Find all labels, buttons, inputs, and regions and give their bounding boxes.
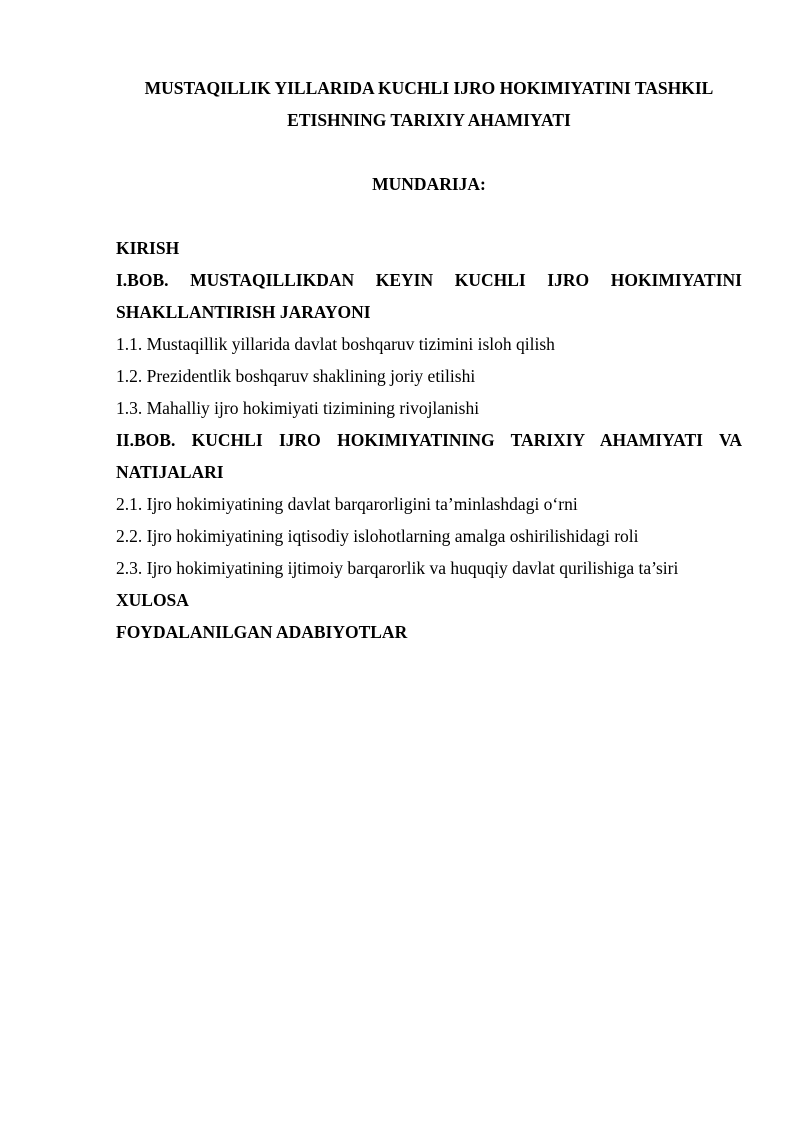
title-line: ETISHNING TARIXIY AHAMIYATI: [116, 104, 742, 136]
document-title: MUSTAQILLIK YILLARIDA KUCHLI IJRO HOKIMI…: [116, 72, 742, 136]
toc-entry-section-1-2: 1.2. Prezidentlik boshqaruv shaklining j…: [116, 360, 742, 392]
toc-entry-section-1-3: 1.3. Mahalliy ijro hokimiyati tizimining…: [116, 392, 742, 424]
document-page: MUSTAQILLIK YILLARIDA KUCHLI IJRO HOKIMI…: [116, 72, 742, 648]
toc-entry-conclusion: XULOSA: [116, 584, 742, 616]
toc-entry-section-2-3: 2.3. Ijro hokimiyatining ijtimoiy barqar…: [116, 552, 742, 584]
toc-entry-section-1-1: 1.1. Mustaqillik yillarida davlat boshqa…: [116, 328, 742, 360]
table-of-contents: KIRISH I.BOB. MUSTAQILLIKDAN KEYIN KUCHL…: [116, 232, 742, 648]
toc-entry-section-2-2: 2.2. Ijro hokimiyatining iqtisodiy isloh…: [116, 520, 742, 552]
title-line: MUSTAQILLIK YILLARIDA KUCHLI IJRO HOKIMI…: [116, 72, 742, 104]
toc-entry-section-2-1: 2.1. Ijro hokimiyatining davlat barqaror…: [116, 488, 742, 520]
toc-heading: MUNDARIJA:: [116, 168, 742, 200]
toc-entry-chapter-1: I.BOB. MUSTAQILLIKDAN KEYIN KUCHLI IJRO …: [116, 264, 742, 328]
toc-entry-references: FOYDALANILGAN ADABIYOTLAR: [116, 616, 742, 648]
toc-entry-chapter-2: II.BOB. KUCHLI IJRO HOKIMIYATINING TARIX…: [116, 424, 742, 488]
toc-entry-introduction: KIRISH: [116, 232, 742, 264]
